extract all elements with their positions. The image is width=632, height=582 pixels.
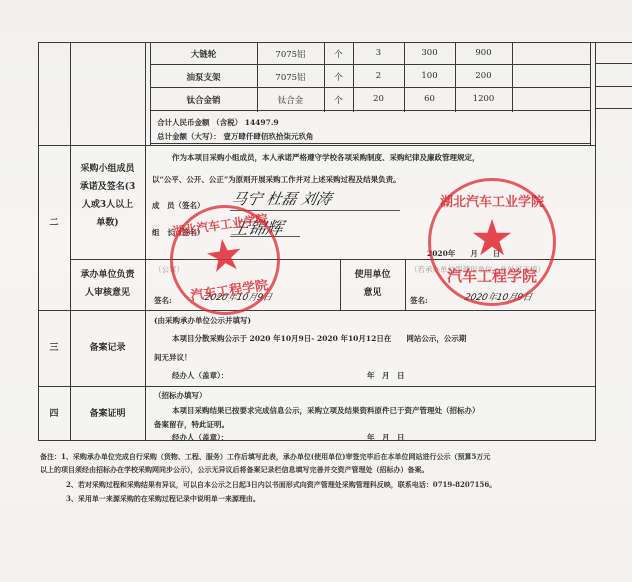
section-label-line: 承诺及签名(3	[70, 178, 145, 196]
cert-text: 备案留存，特此证明。	[154, 419, 229, 430]
note-line: 以上的项目须经由招标办在学校采购网同步公示），公示无异议后将备案记录栏信息填写完…	[40, 465, 429, 475]
cert-text: 本项目采购结果已按要求完成信息公示，采购立项及结果资料原件已于资产管理处（招标办…	[172, 405, 480, 416]
col-divider	[405, 259, 406, 310]
item-amount: 1200	[455, 94, 512, 104]
item-name: 油泵支架	[150, 71, 257, 83]
section-label-line: 单数)	[70, 214, 145, 232]
review-label-line: 人审核意见	[70, 284, 145, 302]
item-name: 大链轮	[150, 48, 257, 60]
official-stamp-left: 湖北汽车工业学院 ★ 汽车工程学院	[163, 198, 287, 322]
section-label: 采购小组成员 承诺及签名(3 人或3人以上 单数)	[70, 160, 145, 232]
user-sign-label: 签名:	[410, 295, 428, 306]
handler-date: 年 月 日	[367, 370, 405, 381]
item-name: 钛合金销	[150, 94, 257, 106]
review-sign-label: 签名:	[154, 295, 172, 306]
star-icon: ★	[202, 232, 247, 281]
item-price: 300	[404, 48, 455, 58]
section-divider	[38, 386, 596, 387]
item-material: 7075铝	[257, 48, 324, 60]
table-border-bottom	[38, 440, 596, 441]
handler-label: 经办人（盖章）：	[172, 432, 228, 443]
table-border-left	[38, 42, 39, 440]
item-material: 钛合金	[257, 94, 324, 106]
review-label: 承办单位负责 人审核意见	[70, 266, 145, 302]
star-icon: ★	[470, 213, 515, 263]
item-amount: 900	[455, 48, 512, 58]
members-signature: 马宁 杜磊 刘涛	[230, 188, 334, 209]
filing-text: 本项目分散采购公示于 2020 年10月9日- 2020 年10月12日在 网站…	[172, 333, 466, 344]
margin-rule	[595, 63, 632, 64]
note-line: 3、采用单一来源采购的在采购过程记录中说明单一来源理由。	[66, 494, 260, 504]
section-label-line: 人或3人以上	[70, 196, 145, 214]
members-label: 成 员（签名）	[152, 200, 205, 211]
margin-rule	[595, 86, 632, 87]
item-unit: 个	[324, 94, 353, 106]
items-col-line	[512, 42, 513, 112]
user-unit-label-line: 意见	[340, 284, 405, 302]
items-row-line	[150, 64, 590, 65]
pledge-text: 以“公平、公开、公正”为原则开展采购工作并对上述采购过程及结果负责。	[152, 174, 401, 185]
item-amount: 200	[455, 71, 512, 81]
filing-text: 间无异议！	[154, 352, 192, 363]
margin-rule	[595, 108, 632, 109]
note-line: 备注：1、采购承办单位完成自行采购（货物、工程、服务）工作后填写此表，承办单位(…	[40, 452, 490, 462]
section-label: 备案记录	[70, 339, 145, 357]
handler-label: 经办人（盖章）：	[172, 370, 228, 381]
total-rmb: 合计人民币金额 （含税） 14497.9	[157, 117, 279, 128]
item-qty: 20	[353, 94, 404, 104]
item-price: 60	[404, 94, 455, 104]
cert-note: （招标办填写）	[154, 390, 207, 401]
items-row-line	[150, 110, 590, 111]
stamp-text: 汽车工程学院	[431, 265, 553, 286]
items-border-bottom	[150, 143, 590, 144]
section-label-line: 采购小组成员	[70, 160, 145, 178]
section-label: 备案证明	[70, 405, 145, 423]
review-label-line: 承办单位负责	[70, 266, 145, 284]
section-number: 三	[38, 339, 70, 357]
item-unit: 个	[324, 48, 353, 60]
user-unit-label: 使用单位 意见	[340, 266, 405, 302]
stamp-text: 湖北汽车工业学院	[431, 191, 553, 210]
section-divider	[38, 145, 596, 146]
item-qty: 3	[353, 48, 404, 58]
items-row-line	[150, 87, 590, 88]
official-stamp-right: 湖北汽车工业学院 ★ 汽车工程学院	[428, 178, 556, 306]
table-border-right	[595, 42, 596, 440]
item-material: 7075铝	[257, 71, 324, 83]
item-qty: 2	[353, 71, 404, 81]
items-border-right	[590, 42, 591, 145]
note-line: 2、若对采购过程和采购结果有异议，可以自本公示之日起3日内以书面形式向资产管理处…	[66, 480, 496, 490]
filing-note: (由采购承办单位公示并填写)	[154, 315, 251, 326]
total-caps: 总计金额（大写）： 壹万肆仟肆佰玖拾柒元玖角	[157, 131, 313, 142]
item-price: 100	[404, 71, 455, 81]
user-unit-label-line: 使用单位	[340, 266, 405, 284]
table-border-top	[38, 42, 632, 43]
section-number: 二	[38, 214, 70, 232]
section-divider	[38, 310, 596, 311]
col-divider-number	[70, 42, 71, 440]
col-divider-label	[145, 42, 146, 440]
item-unit: 个	[324, 71, 353, 83]
scanned-document: 大链轮 7075铝 个 3 300 900 油泵支架 7075铝 个 2 100…	[0, 0, 632, 582]
section-number: 四	[38, 405, 70, 423]
handler-date: 年 月 日	[367, 432, 405, 443]
pledge-text: 作为本项目采购小组成员，本人承诺严格遵守学校各项采购制度、采购纪律及廉政管理规定…	[172, 152, 480, 163]
